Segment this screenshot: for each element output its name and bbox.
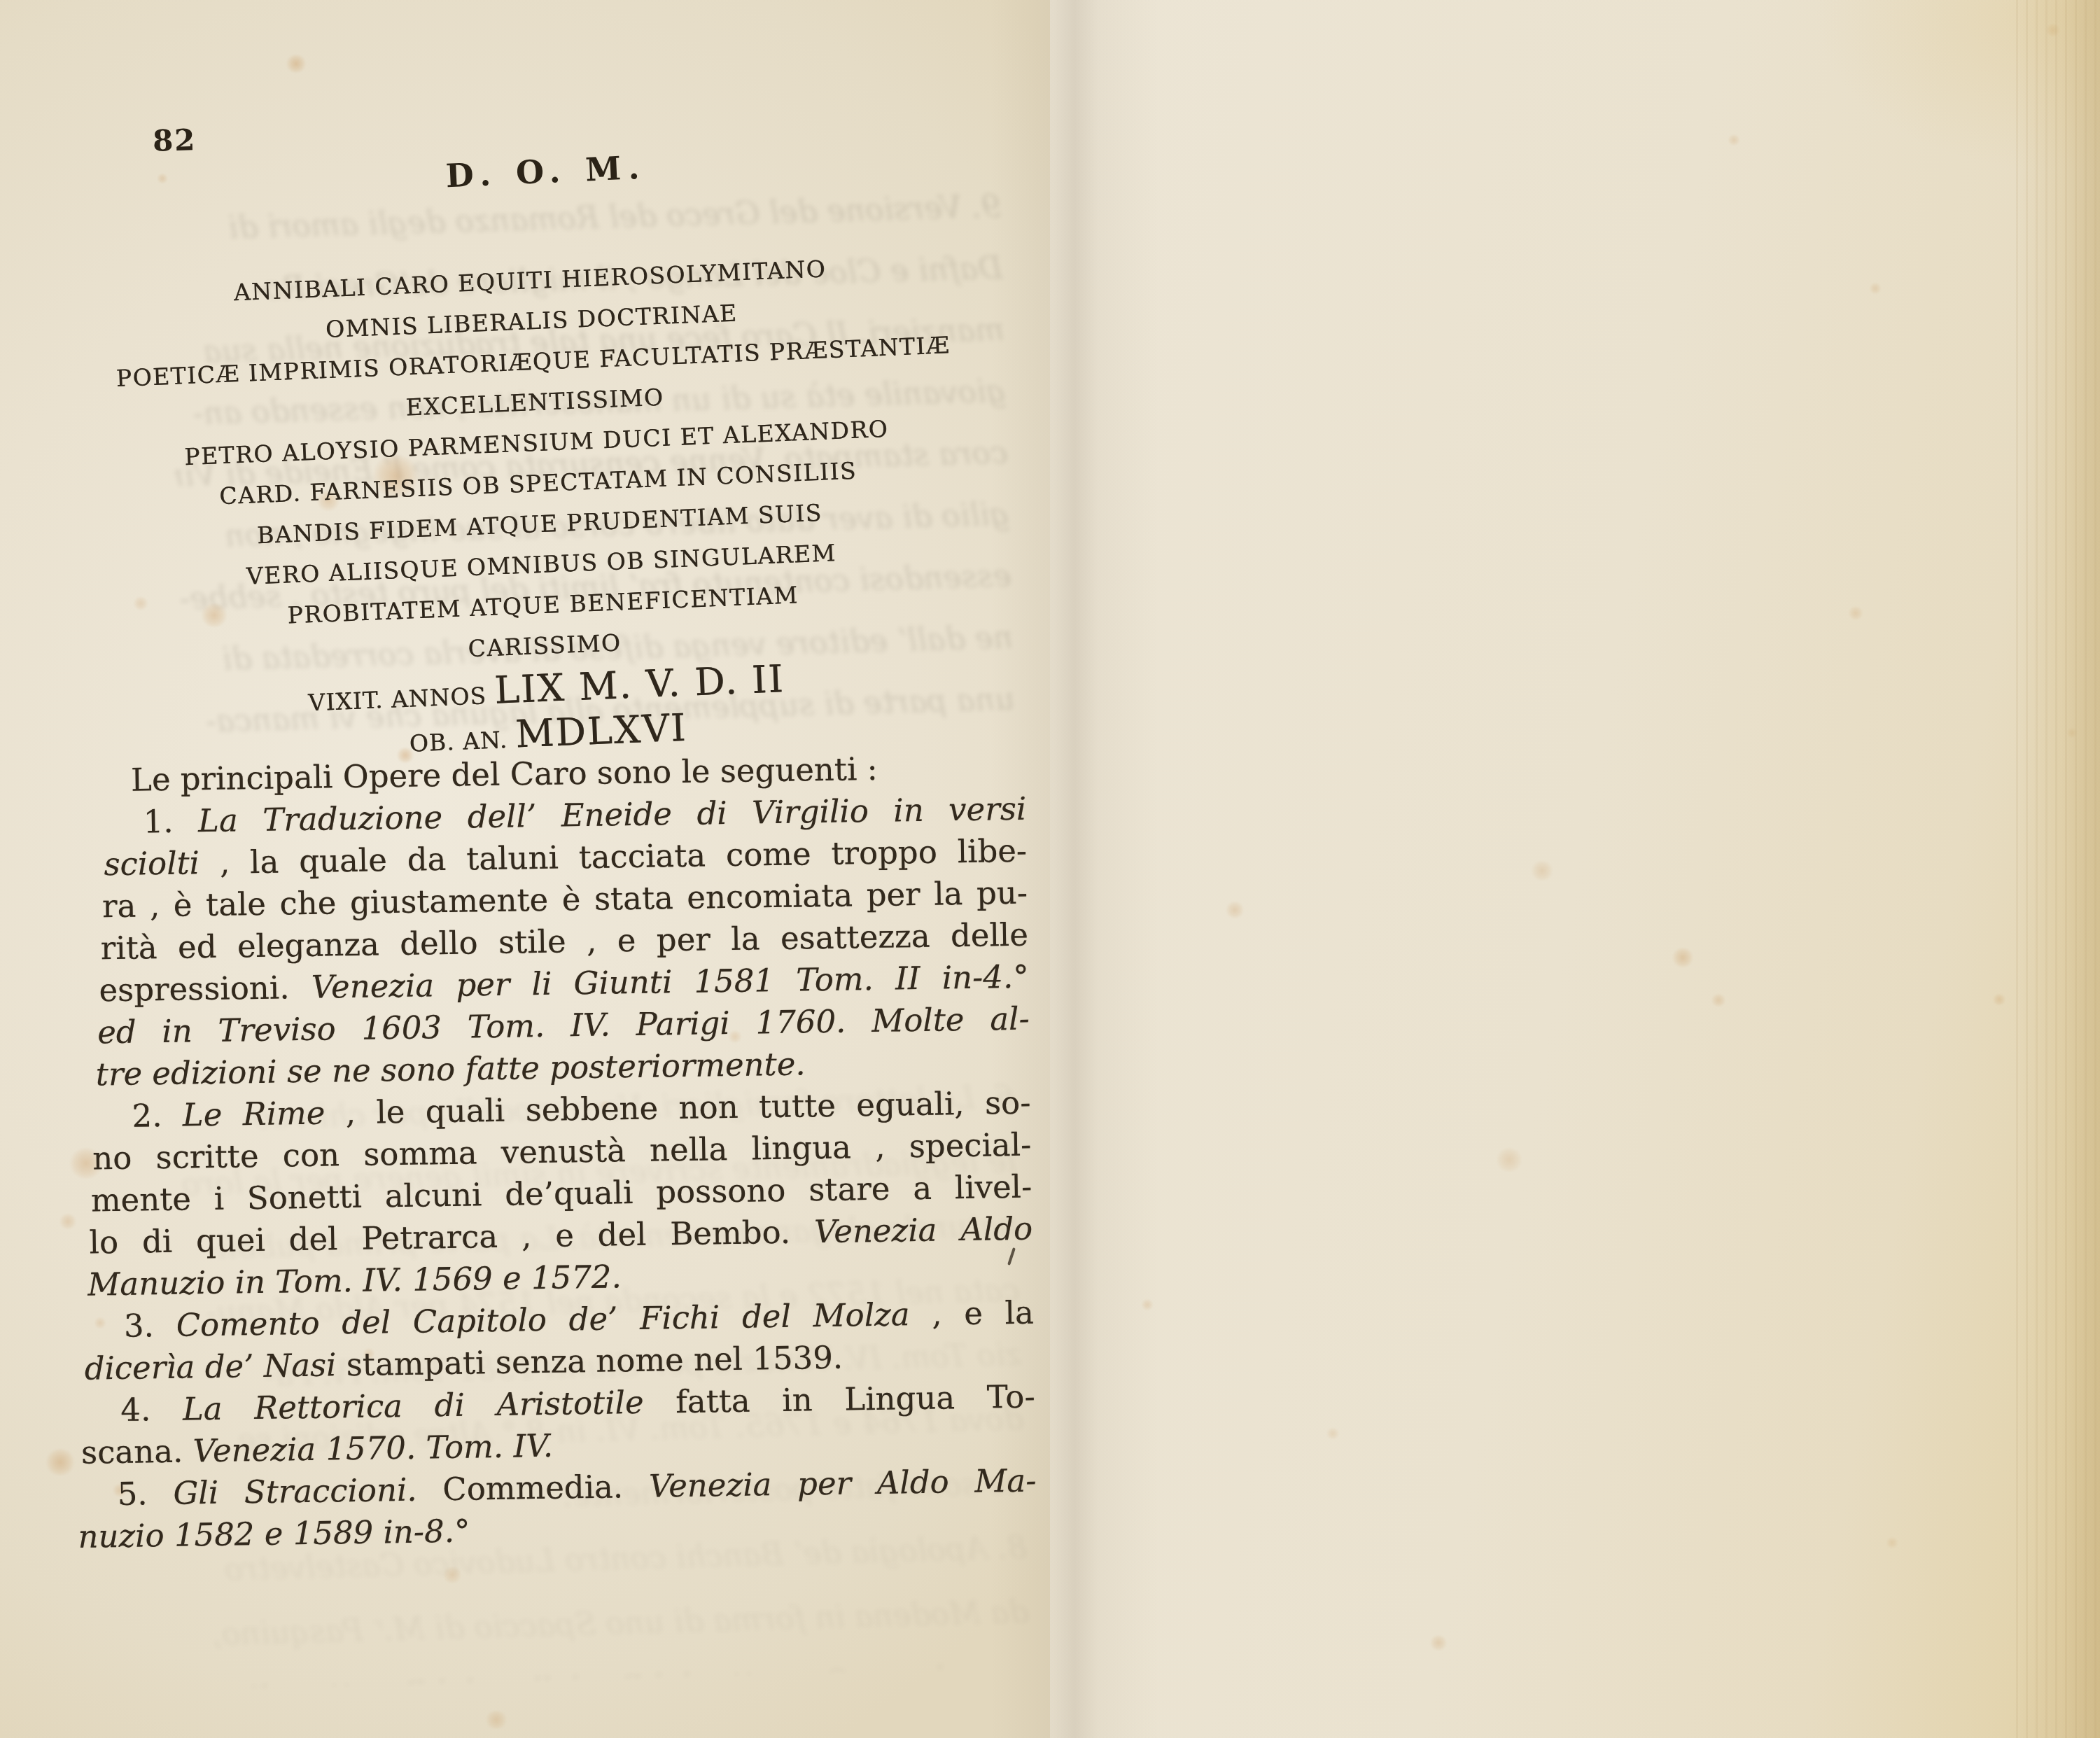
body-text: 1. [143,802,198,840]
cited-title-text: Gli Straccioni. [173,1471,443,1512]
obiit-value: MDLXVI [514,706,688,757]
cited-title-text: Venezia 1570. Tom. IV. [192,1427,553,1470]
right-page: 1. La Traduzione dell’ Eneide di Virgili… [1050,0,2100,1738]
cited-title-text: tre edizioni se ne sono fatte posteriorm… [95,1045,806,1093]
cited-title-text: nuzio 1582 e 1589 in-8.° [78,1513,470,1555]
vixit-prefix: VIXIT. ANNOS [308,682,496,717]
body-text: Commedia. [442,1468,649,1508]
cited-title-text: La Rettorica di Aristotile [183,1383,676,1427]
dom-heading: D. O. M. [55,131,1036,211]
body-text: 2. [132,1097,183,1135]
cited-title-text: Venezia per li Giunti 1581 Tom. II in-4.… [311,958,1029,1006]
left-text-column: Le principali Opere del Caro sono le seg… [66,746,1037,1558]
body-text: lo di quei del Petrarca , e del Bembo. [89,1213,814,1261]
body-text: fatta in Lingua To- [675,1378,1035,1421]
body-text: , le quali sebbene non tutte eguali, so- [325,1084,1031,1132]
cited-title-text: sciolti [104,844,199,883]
body-text: espressioni. [99,969,311,1009]
body-text: scana. [81,1432,193,1471]
cited-title-text: Venezia Aldo [814,1210,1033,1251]
cited-title-text: Venezia per Aldo Ma- [649,1462,1037,1505]
cited-title-text: Manuzio in Tom. IV. 1569 e 1572. [87,1258,622,1303]
left-page: 9. Versione del Greco del Romanzo degli … [0,0,1050,1738]
body-text: 3. [124,1307,176,1345]
obiit-prefix: OB. AN. [409,726,516,757]
dedication-block: ANNIBALI CARO EQUITI HIEROSOLYMITANOOMNI… [46,241,1031,776]
cited-title-text: dicerìa de’ Nasi [84,1346,346,1387]
page-number-left: 82 [152,122,197,158]
body-text: 5. [117,1475,173,1513]
cited-title-text: Le Rime [182,1095,325,1134]
body-text: stampati senza nome nel 1539. [346,1339,843,1384]
book-scan: 9. Versione del Greco del Romanzo degli … [0,0,2100,1738]
body-text: 4. [120,1391,183,1429]
cited-title-text: Comento del Capitolo de’ Fichi del Molza [176,1296,910,1344]
body-text: , e la [909,1294,1034,1333]
